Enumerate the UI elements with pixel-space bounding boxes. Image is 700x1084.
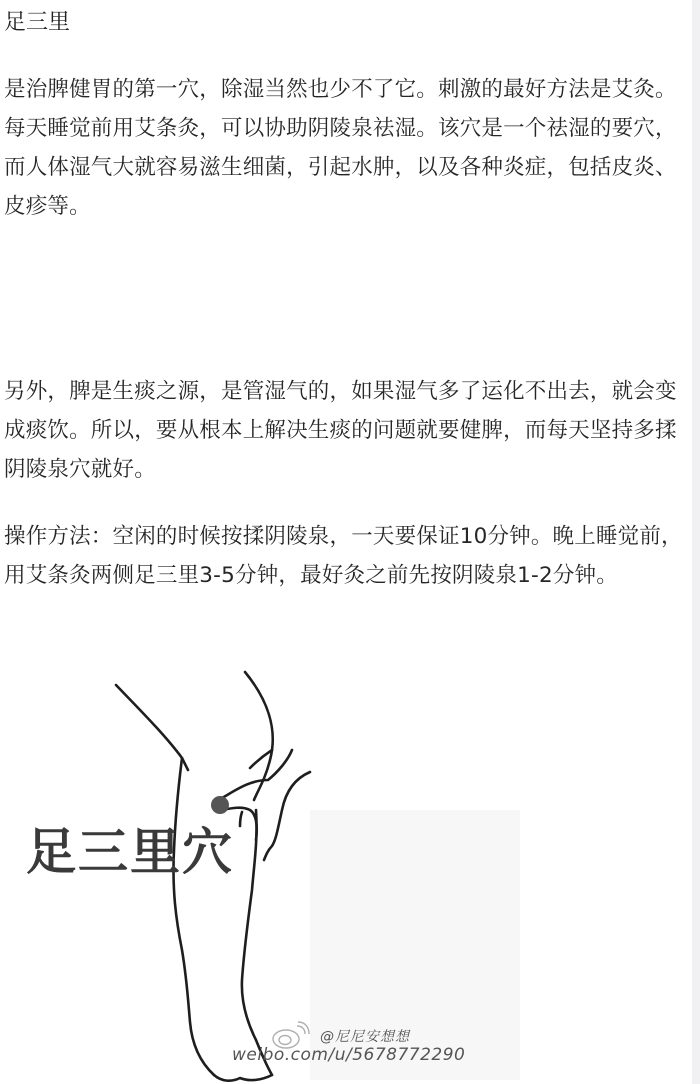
section-title: 足三里 bbox=[4, 8, 70, 38]
acupoint-figure: 足三里穴 @尼尼安想想 weibo.com/u/5678772290 bbox=[0, 650, 700, 1084]
paragraph-benefits: 是治脾健胃的第一穴，除湿当然也少不了它。刺激的最好方法是艾灸。每天睡觉前用艾条灸… bbox=[4, 70, 688, 226]
paragraph-method: 操作方法：空闲的时候按揉阴陵泉，一天要保证10分钟。晚上睡觉前，用艾条灸两侧足三… bbox=[4, 517, 688, 595]
watermark-user: @尼尼安想想 bbox=[320, 1026, 410, 1046]
weibo-watermark: @尼尼安想想 weibo.com/u/5678772290 bbox=[232, 1020, 512, 1080]
acupoint-label: 足三里穴 bbox=[26, 822, 234, 882]
paragraph-spleen: 另外，脾是生痰之源，是管湿气的，如果湿气多了运化不出去，就会变成痰饮。所以，要从… bbox=[4, 372, 688, 489]
acupoint-marker bbox=[211, 796, 229, 814]
watermark-url: weibo.com/u/5678772290 bbox=[232, 1045, 465, 1065]
